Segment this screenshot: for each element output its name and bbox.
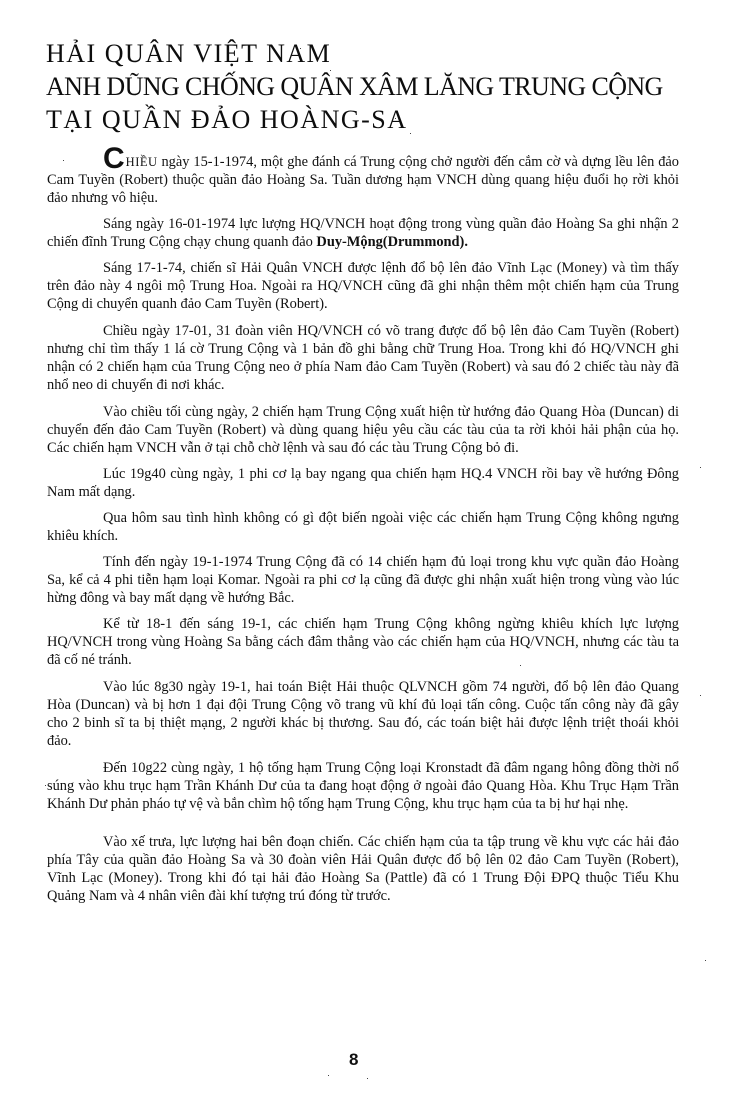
- paragraph-9: Kể từ 18-1 đến sáng 19-1, các chiến hạm …: [47, 615, 679, 669]
- scan-speck: [705, 960, 706, 961]
- paragraph-11: Đến 10g22 cùng ngày, 1 hộ tống hạm Trung…: [47, 759, 679, 813]
- scan-speck: [63, 160, 64, 161]
- paragraph-2-bold-tail: Duy-Mộng(Drummond).: [316, 234, 468, 250]
- scan-speck: [395, 118, 396, 119]
- paragraph-3: Sáng 17-1-74, chiến sĩ Hải Quân VNCH đượ…: [47, 259, 679, 313]
- paragraph-4: Chiều ngày 17-01, 31 đoàn viên HQ/VNCH c…: [47, 322, 679, 394]
- scan-speck: [520, 665, 521, 666]
- scan-speck: [328, 1075, 329, 1076]
- drop-cap: C: [103, 142, 125, 175]
- page-number: 8: [349, 1050, 358, 1070]
- title-line-3: TẠI QUẦN ĐẢO HOÀNG-SA: [46, 103, 706, 136]
- article-title: HẢI QUÂN VIỆT NAM ANH DŨNG CHỐNG QUÂN XÂ…: [46, 37, 706, 136]
- paragraph-8: Tính đến ngày 19-1-1974 Trung Cộng đã có…: [47, 553, 679, 607]
- paragraph-6: Lúc 19g40 cùng ngày, 1 phi cơ lạ bay nga…: [47, 465, 679, 501]
- paragraph-12: Vào xế trưa, lực lượng hai bên đoạn chiế…: [47, 833, 679, 905]
- scan-speck: [660, 218, 661, 219]
- scan-speck: [700, 695, 701, 696]
- title-line-2: ANH DŨNG CHỐNG QUÂN XÂM LĂNG TRUNG CỘNG: [46, 70, 706, 103]
- document-page: HẢI QUÂN VIỆT NAM ANH DŨNG CHỐNG QUÂN XÂ…: [0, 0, 730, 1095]
- paragraph-10: Vào lúc 8g30 ngày 19-1, hai toán Biệt Hả…: [47, 678, 679, 750]
- paragraph-1: CHIỀU ngày 15-1-1974, một ghe đánh cá Tr…: [47, 152, 679, 207]
- article-body: CHIỀU ngày 15-1-1974, một ghe đánh cá Tr…: [47, 152, 679, 905]
- scan-speck: [367, 1078, 368, 1079]
- paragraph-2: Sáng ngày 16-01-1974 lực lượng HQ/VNCH h…: [47, 215, 679, 251]
- first-word-rest: HIỀU: [126, 155, 158, 169]
- scan-speck: [45, 785, 46, 786]
- paragraph-5: Vào chiều tối cùng ngày, 2 chiến hạm Tru…: [47, 403, 679, 457]
- scan-speck: [330, 70, 331, 71]
- title-line-1: HẢI QUÂN VIỆT NAM: [46, 37, 706, 70]
- scan-speck: [410, 133, 411, 134]
- paragraph-7: Qua hôm sau tình hình không có gì đột bi…: [47, 509, 679, 545]
- scan-speck: [300, 48, 301, 49]
- scan-speck: [700, 467, 701, 468]
